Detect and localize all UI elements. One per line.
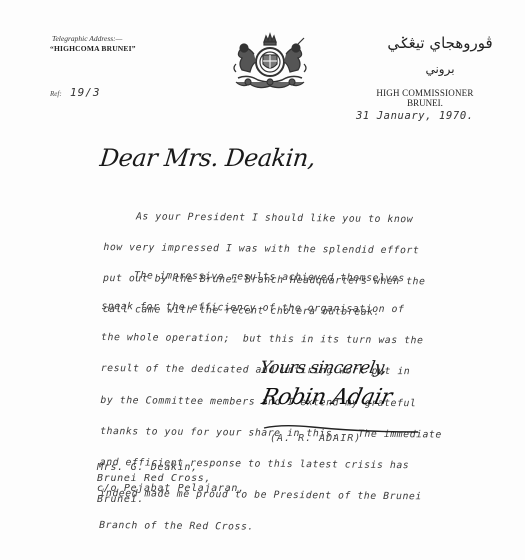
salutation: Dear Mrs. Deakin,: [99, 144, 317, 172]
reference-value: 19/3: [70, 86, 101, 99]
office-place: BRUNEI.: [355, 98, 495, 108]
letter-page: Telegraphic Address:— “HIGHCOMA BRUNEI” …: [0, 0, 525, 560]
coat-of-arms-icon: [228, 32, 312, 92]
body-line: speak for the efficiency of the organisa…: [101, 302, 443, 316]
addressee-line: Brunei.: [97, 495, 245, 506]
body-line: the whole operation; but this in its tur…: [101, 333, 443, 347]
addressee-line: Mrs. G. Deakin,: [97, 463, 245, 474]
jawi-place: بروني: [370, 62, 510, 76]
jawi-office-title: ڤوروهجاي تيڠݢي: [370, 34, 510, 52]
body-line: Branch of the Red Cross.: [99, 521, 441, 535]
body-line: As your President I should like you to k…: [104, 212, 427, 226]
closing: Yours sincerely,: [258, 358, 388, 378]
signatory-name: (A. R. ADAIR): [270, 433, 361, 444]
handwritten-signature: Robin Adair: [259, 385, 394, 410]
letter-date: 31 January, 1970.: [356, 110, 474, 122]
telegraphic-address-value: “HIGHCOMA BRUNEI”: [50, 44, 136, 53]
reference-label: Ref:: [50, 90, 62, 98]
body-line: The impressive results achieved themselv…: [102, 271, 444, 285]
telegraphic-address-label: Telegraphic Address:—: [52, 34, 122, 43]
office-title: HIGH COMMISSIONER: [355, 88, 495, 98]
addressee-block: Mrs. G. Deakin, Brunei Red Cross, c/o Pe…: [97, 463, 245, 505]
